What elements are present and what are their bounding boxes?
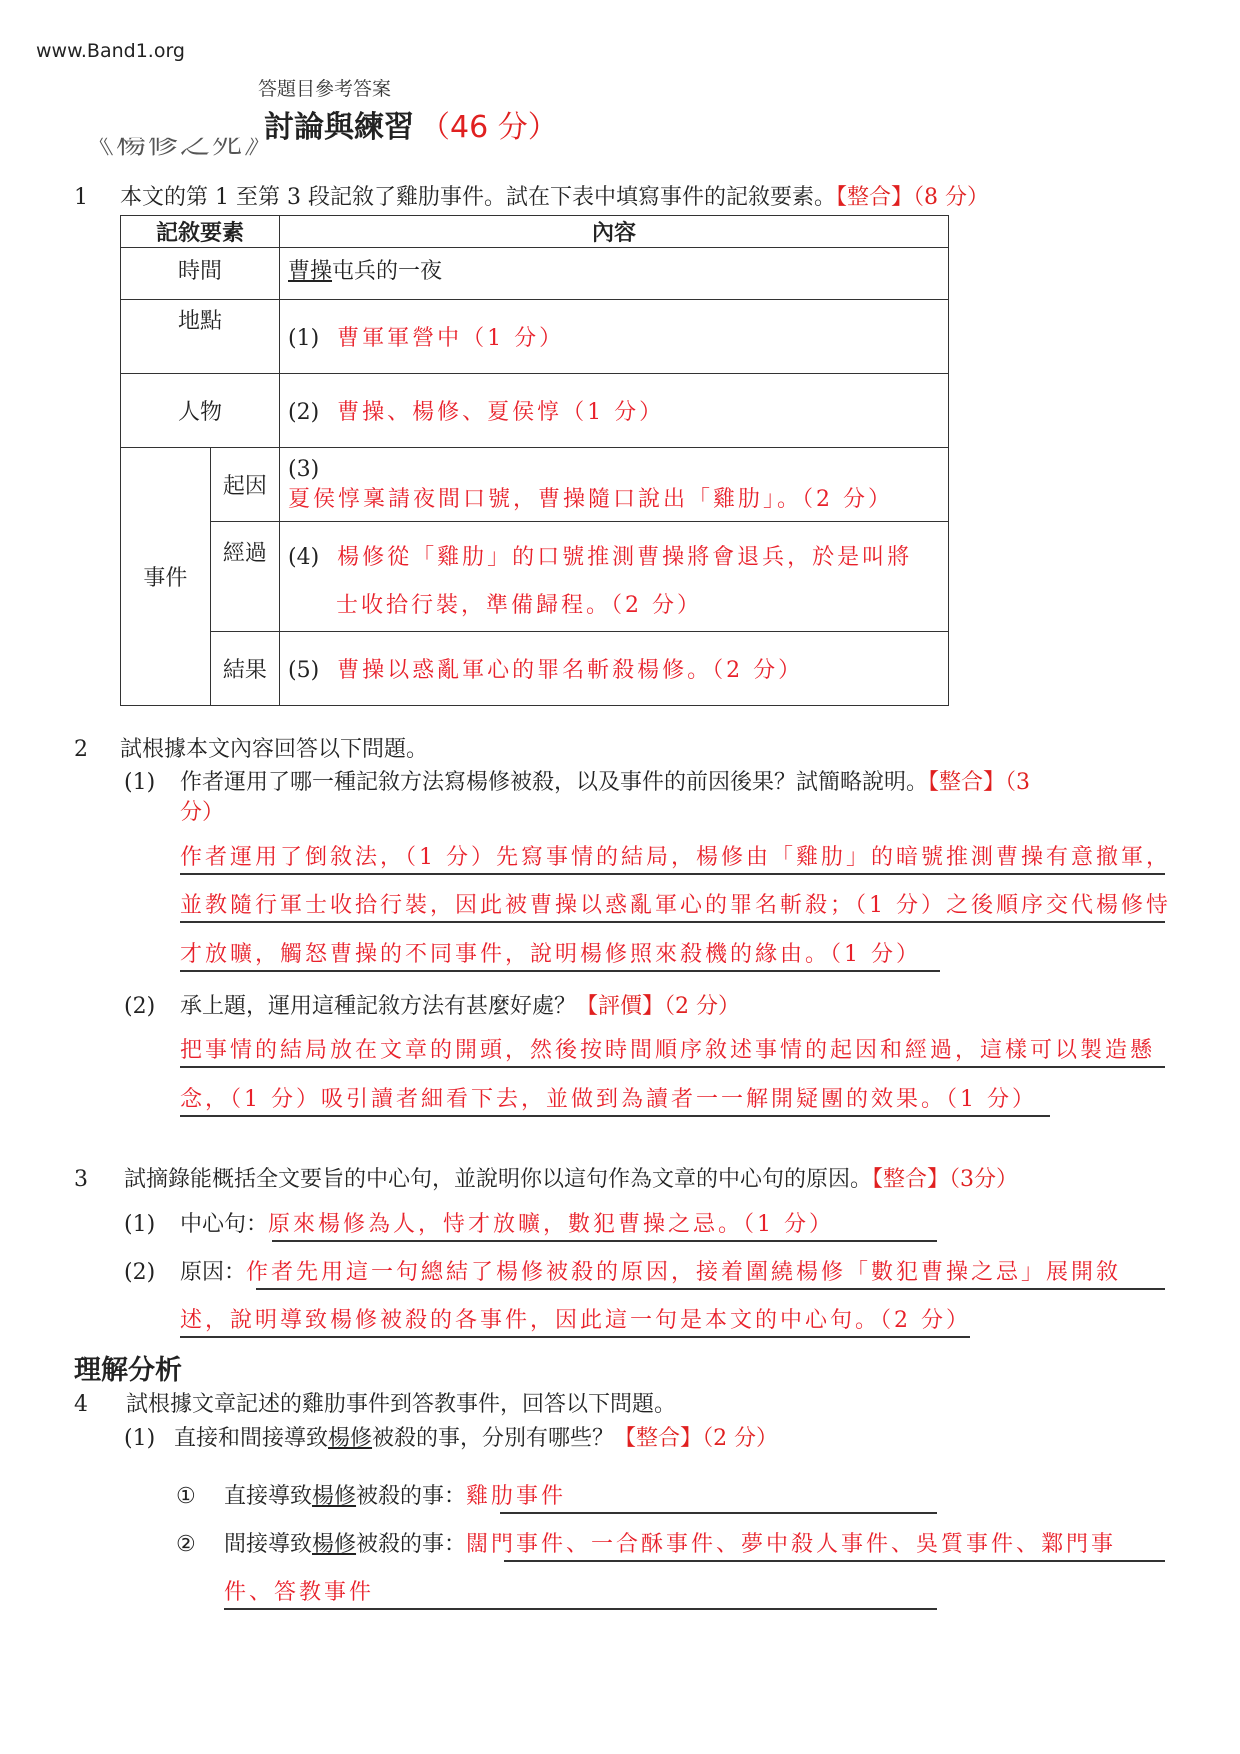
q2-sub1-prompt: 作者運用了哪一種記敘方法寫楊修被殺，以及事件的前因後果？試簡略說明。 [180,770,928,795]
q4-item1-label-a: 直接導致 [224,1484,312,1509]
row-label-process: 經過 [210,522,279,632]
q4-item2-marker: ② [176,1530,196,1560]
q4-sub1-name: 楊修 [328,1426,372,1451]
q2-sub2-answer-line1: 把事情的結局放在文章的開頭，然後按時間順序敘述事情的起因和經過，這樣可以製造懸 [180,1036,1155,1066]
row-label-event: 事件 [121,448,211,706]
q3-sub2-row: 原因：作者先用這一句總結了楊修被殺的原因，接着圍繞楊修「數犯曹操之忌」展開敘 [180,1258,1121,1288]
section-heading: 理解分析 [74,1348,182,1387]
q4-sub1-text-a: 直接和間接導致 [174,1426,328,1451]
narrative-elements-table: 記敘要素 內容 時間 曹操屯兵的一夜 地點 (1)曹軍軍營中（1 分） 人物 (… [120,215,949,706]
row-value-cause: (3)夏侯惇稟請夜間口號，曹操隨口說出「雞肋」。（2 分） [280,448,949,522]
row-value-result: (5)曹操以惑亂軍心的罪名斬殺楊修。（2 分） [280,632,949,706]
question-4-number: 4 [74,1390,88,1420]
title-text: 討論與練習 [264,110,414,145]
answer-process-line2: 士收拾行裝，準備歸程。（2 分） [336,593,702,618]
row-label-people: 人物 [121,374,280,448]
q4-sub1-text: 直接和間接導致楊修被殺的事，分別有哪些？【整合】（2 分） [174,1424,778,1454]
title-points: （46 分） [420,110,558,145]
row-value-process: (4)楊修從「雞肋」的口號推測曹操將會退兵，於是叫將 士收拾行裝，準備歸程。（2… [280,522,949,632]
q2-sub2-text: 承上題，運用這種記敘方法有甚麼好處？【評價】（2 分） [180,992,740,1022]
q3-sub1-label: 中心句： [180,1212,268,1237]
answer-underline [180,1066,1165,1068]
answer-underline [180,873,1165,875]
q3-sub2-answer-line1: 作者先用這一句總結了楊修被殺的原因，接着圍繞楊修「數犯曹操之忌」展開敘 [246,1260,1121,1285]
answer-underline [180,1336,970,1338]
row-value-place: (1)曹軍軍營中（1 分） [280,300,949,374]
answer-result: 曹操以惑亂軍心的罪名斬殺楊修。（2 分） [337,658,803,683]
marker-5: (5) [288,658,319,683]
answer-process-line1: 楊修從「雞肋」的口號推測曹操將會退兵，於是叫將 [337,545,912,570]
q3-sub1-row: 中心句：原來楊修為人，恃才放曠，數犯曹操之忌。（1 分） [180,1210,834,1240]
answer-underline [500,1512,937,1514]
q4-item1-answer: 雞肋事件 [466,1484,566,1509]
q2-sub2-tag: 【評價】 [576,994,664,1019]
q4-item2-label-a: 間接導致 [224,1532,312,1557]
q4-item2-answer-line2: 件、答教事件 [224,1578,374,1608]
q2-sub1-answer-line3: 才放曠，觸怒曹操的不同事件，說明楊修照來殺機的緣由。（1 分） [180,940,921,970]
row-label-result: 結果 [210,632,279,706]
table-row-place: 地點 (1)曹軍軍營中（1 分） [121,300,949,374]
answer-people: 曹操、楊修、夏侯惇（1 分） [337,400,664,425]
question-3-prompt: 試摘錄能概括全文要旨的中心句，並說明你以這句作為文章的中心句的原因。 [124,1167,872,1192]
question-2-text: 試根據本文內容回答以下問題。 [120,735,428,765]
q4-sub1-marker: (1) [124,1424,155,1454]
q4-item2-name: 楊修 [312,1532,356,1557]
q2-sub1-answer-line1: 作者運用了倒敘法，（1 分）先寫事情的結局，楊修由「雞肋」的暗號推測曹操有意撤軍… [180,843,1171,873]
q2-sub1-points-b: 分） [180,798,224,828]
q2-sub2-points: （2 分） [664,994,740,1019]
q4-item1-marker: ① [176,1482,196,1512]
question-3-number: 3 [74,1165,88,1195]
q3-sub2-answer-line2: 述，說明導致楊修被殺的各事件，因此這一句是本文的中心句。（2 分） [180,1306,971,1336]
question-4-text: 試根據文章記述的雞肋事件到答教事件，回答以下問題。 [126,1390,676,1420]
question-3-tag: 【整合】 [872,1167,949,1192]
question-1-text: 本文的第 1 至第 3 段記敘了雞肋事件。試在下表中填寫事件的記敘要素。【整合】… [120,183,989,213]
table-row-result: 結果 (5)曹操以惑亂軍心的罪名斬殺楊修。（2 分） [121,632,949,706]
marker-4: (4) [288,545,319,570]
q2-sub2-answer-line2: 念，（1 分）吸引讀者細看下去，並做到為讀者一一解開疑團的效果。（1 分） [180,1085,1037,1115]
document-subtitle: 答題目參考答案 [258,74,391,101]
marker-3: (3) [288,457,319,482]
table-row-people: 人物 (2)曹操、楊修、夏侯惇（1 分） [121,374,949,448]
q4-item2-answer-line1: 闊門事件、一合酥事件、夢中殺人事件、吳質事件、鄴門事 [466,1532,1116,1557]
q4-item1-name: 楊修 [312,1484,356,1509]
q4-item1-label-b: 被殺的事： [356,1484,466,1509]
answer-underline [256,1288,1165,1290]
q2-sub1-answer-line2: 並教隨行軍士收拾行裝，因此被曹操以惑亂軍心的罪名斬殺；（1 分）之後順序交代楊修… [180,891,1171,921]
q4-sub1-text-b: 被殺的事，分別有哪些？ [372,1426,614,1451]
q3-sub2-label: 原因： [180,1260,246,1285]
q3-sub1-answer: 原來楊修為人，恃才放曠，數犯曹操之忌。（1 分） [268,1212,834,1237]
q3-sub1-marker: (1) [124,1210,155,1240]
answer-underline [180,1115,1050,1117]
q2-sub1-marker: (1) [124,768,155,798]
row-label-cause: 起因 [210,448,279,522]
answer-underline [272,1240,937,1242]
answer-underline [180,921,1165,923]
q3-sub2-marker: (2) [124,1258,155,1288]
page-title: 討論與練習（46 分） [264,102,558,146]
question-1-number: 1 [74,183,88,213]
table-row-process: 經過 (4)楊修從「雞肋」的口號推測曹操將會退兵，於是叫將 士收拾行裝，準備歸程… [121,522,949,632]
answer-underline [224,1608,937,1610]
answer-underline [180,970,940,972]
q2-sub1-points-a: （3 [1005,770,1030,795]
title-obscured-part: 《楊修之死》 [84,118,276,162]
table-header-content: 內容 [280,216,949,248]
question-2-number: 2 [74,735,88,765]
question-1-tag: 【整合】 [836,185,913,210]
answer-cause: 夏侯惇稟請夜間口號，曹操隨口說出「雞肋」。（2 分） [288,487,893,512]
answer-underline [504,1560,1165,1562]
q2-sub2-prompt: 承上題，運用這種記敘方法有甚麼好處？ [180,994,576,1019]
marker-2: (2) [288,400,319,425]
q4-item1-row: 直接導致楊修被殺的事：雞肋事件 [224,1482,566,1512]
question-1-prompt: 本文的第 1 至第 3 段記敘了雞肋事件。試在下表中填寫事件的記敘要素。 [120,185,836,210]
q2-sub2-marker: (2) [124,992,155,1022]
table-row-cause: 事件 起因 (3)夏侯惇稟請夜間口號，曹操隨口說出「雞肋」。（2 分） [121,448,949,522]
q2-sub1-tag: 【整合】 [928,770,1005,795]
question-1-points: （8 分） [913,185,989,210]
time-rest: 屯兵的一夜 [332,259,442,284]
table-header-element: 記敘要素 [121,216,280,248]
row-label-place: 地點 [121,300,280,374]
q4-item2-row: 間接導致楊修被殺的事：闊門事件、一合酥事件、夢中殺人事件、吳質事件、鄴門事 [224,1530,1116,1560]
time-underlined-name: 曹操 [288,259,332,284]
marker-1: (1) [288,326,319,351]
site-watermark: www.Band1.org [36,40,185,62]
question-3-points: （3分） [949,1167,1018,1192]
q4-sub1-tag: 【整合】 [614,1426,702,1451]
q2-sub1-text: 作者運用了哪一種記敘方法寫楊修被殺，以及事件的前因後果？試簡略說明。【整合】（3 [180,768,1170,798]
q4-item2-label-b: 被殺的事： [356,1532,466,1557]
row-value-people: (2)曹操、楊修、夏侯惇（1 分） [280,374,949,448]
question-3-text: 試摘錄能概括全文要旨的中心句，並說明你以這句作為文章的中心句的原因。【整合】（3… [124,1165,1018,1195]
answer-place: 曹軍軍營中（1 分） [337,326,564,351]
row-label-time: 時間 [121,248,280,300]
q4-sub1-points: （2 分） [702,1426,778,1451]
table-row-time: 時間 曹操屯兵的一夜 [121,248,949,300]
row-value-time: 曹操屯兵的一夜 [280,248,949,300]
